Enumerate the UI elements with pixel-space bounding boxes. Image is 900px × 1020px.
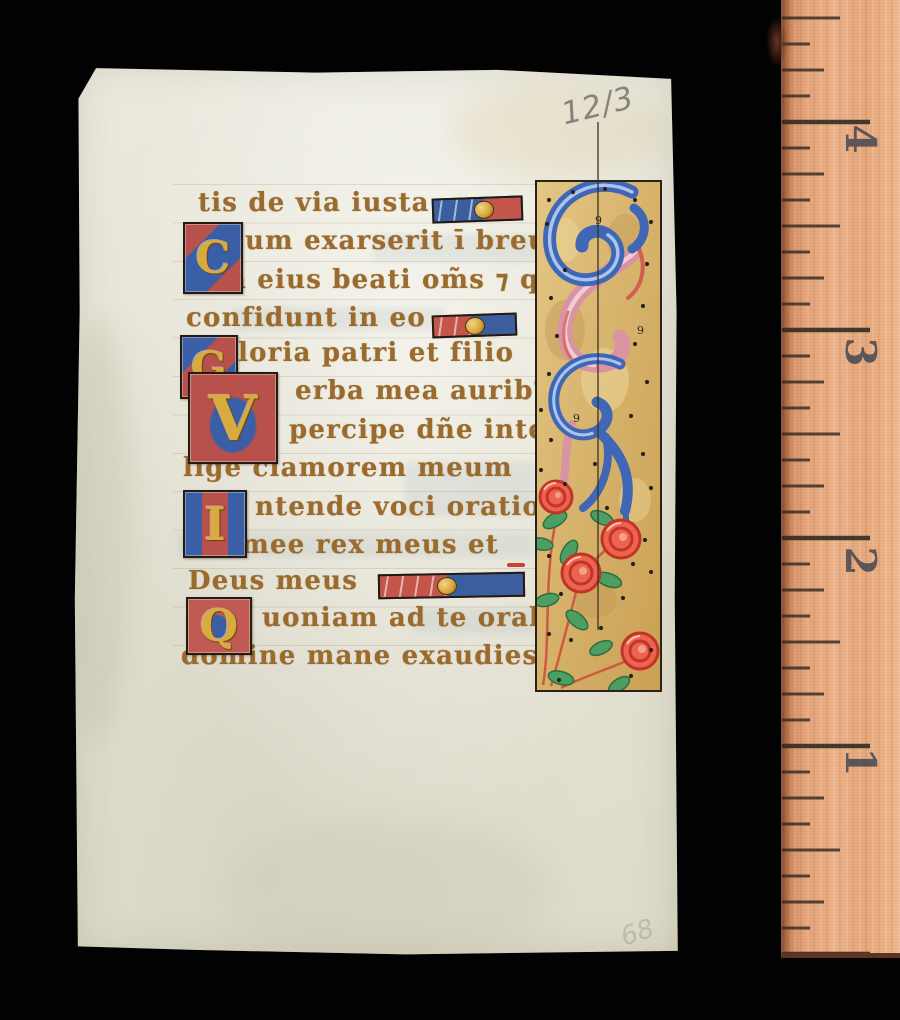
- illuminated-initial-c: C: [183, 222, 243, 294]
- gold-bezant: [464, 316, 485, 335]
- illuminated-initial-i: I: [183, 490, 247, 558]
- ruler-edge-shadow: [766, 16, 788, 68]
- manuscript-text-line: percipe dñe intel: [289, 417, 557, 443]
- illuminated-initial-v: V: [188, 372, 278, 464]
- ruler-number-2: 2: [835, 535, 887, 587]
- ruler-number-1: 1: [835, 736, 887, 788]
- manuscript-leaf: 12/3 68 tis de via iusta um exarserit ī …: [73, 60, 679, 958]
- wooden-ruler: 4 3 2 1: [781, 0, 900, 958]
- gold-bezant: [437, 576, 457, 594]
- line-filler-bar: [432, 195, 524, 223]
- illuminated-initial-q: Q: [186, 597, 252, 655]
- manuscript-text-line: uoniam ad te orabo: [262, 605, 567, 631]
- line-filler-bar: [378, 572, 525, 600]
- manuscript-text-line: um exarserit ī breui: [245, 228, 559, 254]
- photo-stage: 12/3 68 tis de via iusta um exarserit ī …: [0, 0, 900, 1020]
- penwork-squiggle: 9: [637, 324, 644, 337]
- penwork-squiggle: 9: [573, 412, 580, 425]
- border-frame-rule: [597, 122, 599, 630]
- manuscript-text-line: erba mea aurib⁹: [295, 378, 546, 404]
- parchment-stain: [63, 320, 133, 740]
- manuscript-text-line: ntende voci oratio: [255, 494, 541, 520]
- gold-bezant: [473, 200, 494, 219]
- red-punctuation-dash: [507, 563, 525, 567]
- manuscript-text-line: tis de via iusta: [198, 190, 430, 216]
- line-filler-bar: [432, 313, 518, 339]
- manuscript-text-line: Deus meus: [188, 568, 358, 594]
- manuscript-text-line: confidunt in eo: [186, 305, 426, 331]
- parchment-stain: [223, 820, 553, 960]
- corner-pencil-mark: 68: [617, 914, 658, 953]
- ruler-number-4: 4: [835, 113, 887, 165]
- ruler-number-3: 3: [835, 326, 887, 378]
- manuscript-text-line: ira eius beati om̃s ⁊ qui: [203, 267, 571, 293]
- manuscript-text-line: loria patri et filio: [238, 340, 514, 366]
